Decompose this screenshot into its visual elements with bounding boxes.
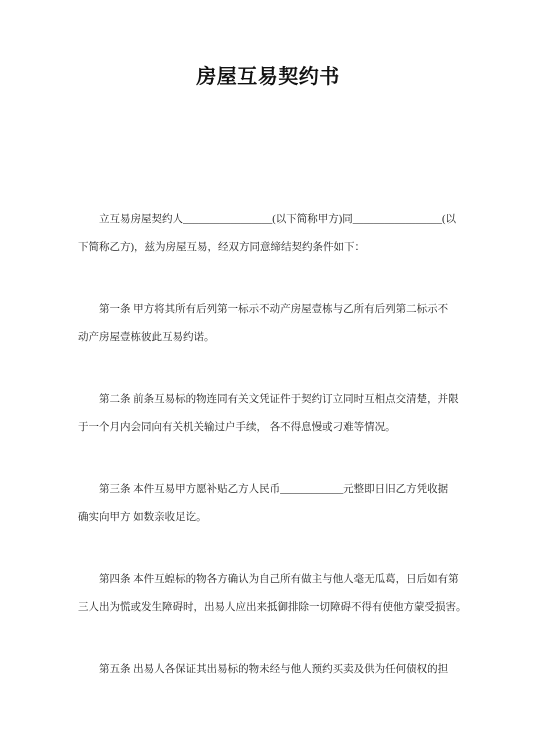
text-line: 第二条 前条互易标的物连同有关文凭证件于契约订立同时互相点交清楚，并限 bbox=[78, 386, 470, 414]
text-line: 第一条 甲方将其所有后列第一标示不动产房屋壹栋与乙所有后列第二标示不 bbox=[78, 296, 470, 324]
contract-clause-4: 第四条 本件互蝗标的物各方确认为自己所有做主与他人毫无瓜葛，日后如有第 三人出为… bbox=[78, 566, 470, 622]
text-line: 动产房屋壹栋彼此互易约诺。 bbox=[78, 324, 470, 352]
contract-clause-1: 第一条 甲方将其所有后列第一标示不动产房屋壹栋与乙所有后列第二标示不 动产房屋壹… bbox=[78, 296, 470, 352]
text-line: 第五条 出易人各保证其出易标的物未经与他人预约买卖及供为任何债权的担 bbox=[78, 656, 470, 684]
text-line: 第三条 本件互易甲方愿补贴乙方人民币____________元整即日旧乙方凭收据 bbox=[78, 476, 470, 504]
document-title: 房屋互易契约书 bbox=[0, 0, 536, 90]
text-line: 立互易房屋契约人_________________(以下简称甲方)同______… bbox=[78, 206, 470, 234]
text-line: 确实向甲方 如数亲收足讫。 bbox=[78, 504, 470, 532]
contract-clause-3: 第三条 本件互易甲方愿补贴乙方人民币____________元整即日旧乙方凭收据… bbox=[78, 476, 470, 532]
contract-clause-2: 第二条 前条互易标的物连同有关文凭证件于契约订立同时互相点交清楚，并限 于一个月… bbox=[78, 386, 470, 442]
text-line: 下简称乙方)，兹为房屋互易，经双方同意缔结契约条件如下： bbox=[78, 234, 470, 262]
contract-intro-paragraph: 立互易房屋契约人_________________(以下简称甲方)同______… bbox=[78, 206, 470, 262]
contract-clause-5: 第五条 出易人各保证其出易标的物未经与他人预约买卖及供为任何债权的担 bbox=[78, 656, 470, 684]
text-line: 于一个月内会同向有关机关输过户手续， 各不得息慢或刁难等情况。 bbox=[78, 414, 470, 442]
contract-page: 房屋互易契约书 立互易房屋契约人_________________(以下简称甲方… bbox=[0, 0, 536, 756]
text-line: 三人出为慌或发生障碍时，出易人应出来抵御排除一切障碍不得有使他方蒙受损害。 bbox=[78, 594, 470, 622]
contract-body: 立互易房屋契约人_________________(以下简称甲方)同______… bbox=[78, 206, 470, 684]
text-line: 第四条 本件互蝗标的物各方确认为自己所有做主与他人毫无瓜葛，日后如有第 bbox=[78, 566, 470, 594]
